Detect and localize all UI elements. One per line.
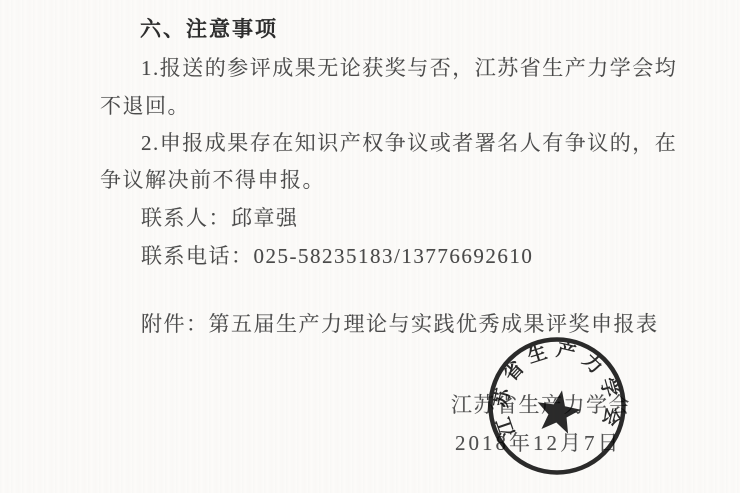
signature-date: 2018年12月7日 — [455, 427, 622, 457]
notice-item-1-line-1: 1.报送的参评成果无论获奖与否，江苏省生产力学会均 — [141, 52, 677, 82]
document-page: 六、注意事项 1.报送的参评成果无论获奖与否，江苏省生产力学会均 不退回。 2.… — [0, 0, 740, 493]
signature-organization: 江苏省生产力学会 — [451, 389, 631, 419]
section-heading: 六、注意事项 — [140, 13, 278, 43]
attachment-line: 附件：第五届生产力理论与实践优秀成果评奖申报表 — [141, 308, 659, 338]
contact-person-line: 联系人：邱章强 — [141, 202, 299, 232]
contact-phone-line: 联系电话：025-58235183/13776692610 — [141, 240, 533, 270]
notice-item-2-line-2: 争议解决前不得申报。 — [100, 164, 325, 194]
notice-item-1-line-2: 不退回。 — [100, 90, 190, 120]
notice-item-2-line-1: 2.申报成果存在知识产权争议或者署名人有争议的，在 — [141, 127, 677, 157]
